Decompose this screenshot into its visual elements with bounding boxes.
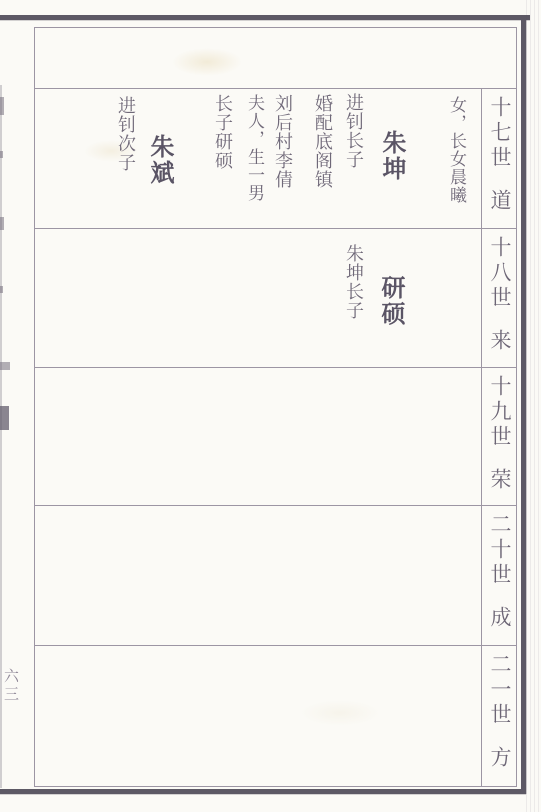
left-edge-mark (0, 151, 3, 158)
marriage-note: 婚配底阁镇 (313, 94, 331, 189)
table-bottom-border (34, 786, 517, 787)
generation-label: 二一世 (488, 653, 512, 728)
branch-character: 荣 (488, 468, 512, 493)
daughters-note: 女，长女晨曦 (447, 96, 464, 204)
outer-border-bottom (0, 789, 526, 794)
book-spine-shadow (526, 0, 541, 812)
branch-character: 方 (488, 746, 512, 771)
header-band-divider (34, 88, 517, 89)
sons-note: 长子研硕 (213, 94, 231, 170)
lineage-note: 进钊长子 (344, 93, 362, 169)
left-edge-mark (0, 362, 10, 370)
generation-cell-21: 二一世方 (488, 645, 510, 786)
genealogy-book-page: { "page": { "folio_number": "六三" }, "tab… (0, 0, 541, 812)
empty-row-gen21 (35, 646, 481, 786)
generation-cell-17: 十七世道 (488, 88, 510, 228)
generation-label: 二十世 (488, 513, 512, 588)
row-divider-1 (34, 228, 517, 229)
marriage-note: 刘后村李倩 (273, 94, 291, 189)
lineage-note: 朱坤长子 (344, 244, 362, 320)
left-edge-mark (0, 217, 4, 230)
generation-label: 十九世 (488, 375, 512, 450)
generation-label: 十八世 (488, 236, 512, 311)
empty-row-gen20 (35, 506, 481, 645)
person-name-zhu-bin: 朱斌 (148, 134, 172, 186)
generation-cell-20: 二十世成 (488, 505, 510, 645)
left-edge-ink-blot (0, 406, 9, 430)
left-edge-mark (0, 286, 3, 293)
left-edge-mark (0, 97, 4, 115)
person-name-zhu-kun: 朱坤 (380, 130, 404, 182)
folio-page-number: 六三 (3, 668, 18, 704)
outer-border-top (0, 15, 530, 20)
lineage-note: 进钊次子 (116, 96, 134, 172)
branch-character: 道 (488, 189, 512, 214)
outer-border-right (521, 15, 526, 794)
generation-column-divider (481, 88, 482, 786)
generation-cell-18: 十八世来 (488, 228, 510, 367)
person-name-yan-shuo: 研硕 (379, 275, 403, 327)
header-band (35, 28, 481, 88)
generation-cell-19: 十九世荣 (488, 367, 510, 505)
branch-character: 来 (488, 329, 512, 354)
branch-character: 成 (488, 606, 512, 631)
generation-label: 十七世 (488, 96, 512, 171)
table-right-border (516, 27, 517, 786)
marriage-note: 夫人，生一男 (245, 94, 262, 202)
empty-row-gen19 (35, 368, 481, 505)
